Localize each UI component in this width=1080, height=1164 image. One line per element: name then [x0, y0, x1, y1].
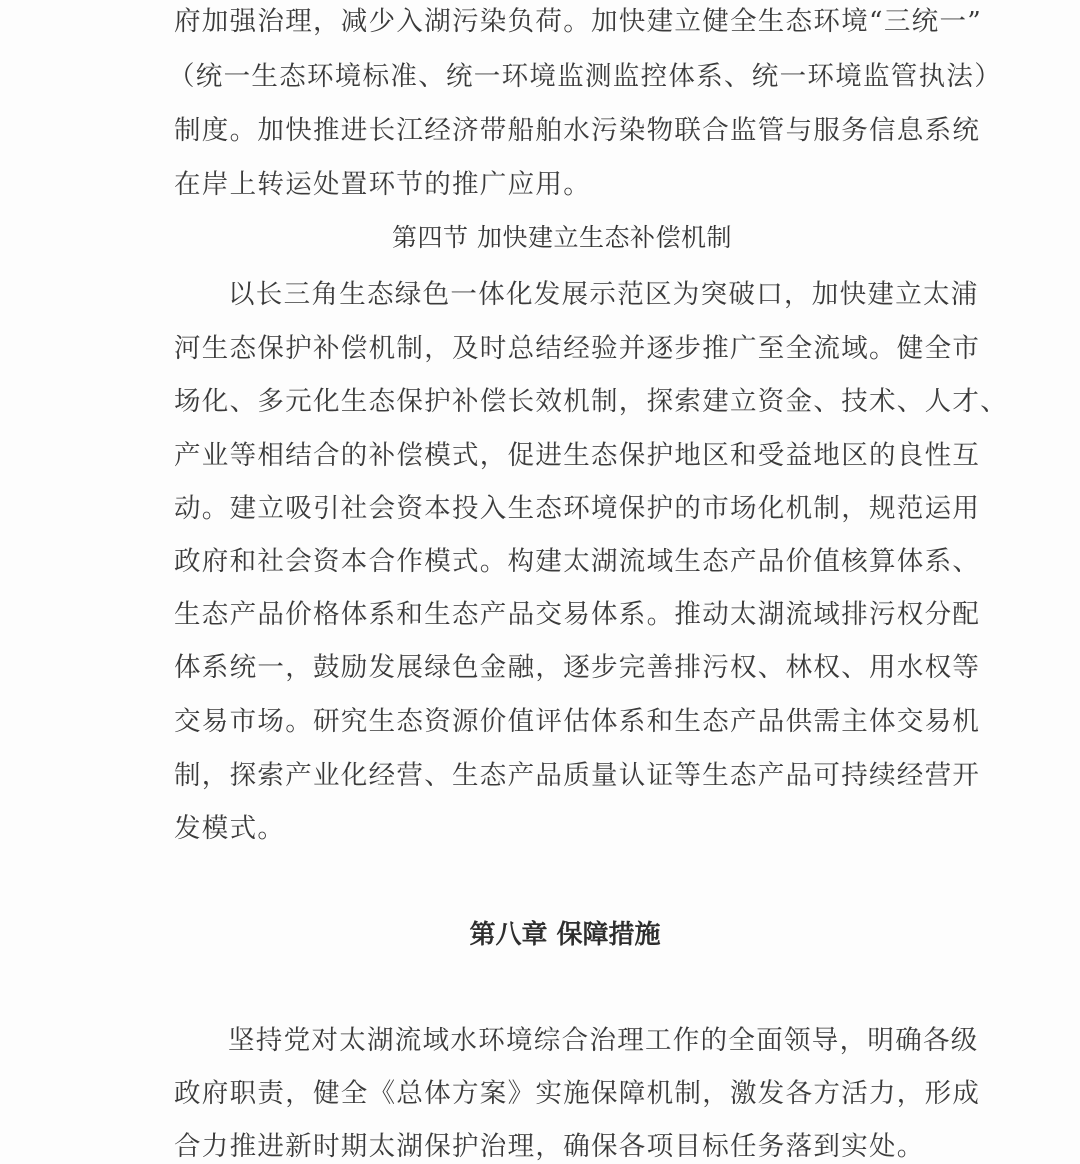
paragraph-line: 坚持党对太湖流域水环境综合治理工作的全面领导，明确各级 — [228, 1025, 954, 1057]
paragraph-line: （统一生态环境标准、统一环境监测监控体系、统一环境监管执法） — [168, 61, 960, 93]
paragraph-line: 制，探索产业化经营、生态产品质量认证等生态产品可持续经营开 — [174, 760, 954, 792]
paragraph-line: 交易市场。研究生态资源价值评估体系和生态产品供需主体交易机 — [174, 706, 954, 738]
paragraph-line: 政府职责，健全《总体方案》实施保障机制，激发各方活力，形成 — [174, 1078, 954, 1110]
paragraph-line: 政府和社会资本合作模式。构建太湖流域生态产品价值核算体系、 — [174, 546, 954, 578]
section-title: 第四节 加快建立生态补偿机制 — [22, 222, 1080, 254]
paragraph-line: 体系统一，鼓励发展绿色金融，逐步完善排污权、林权、用水权等 — [174, 652, 954, 684]
paragraph-line: 制度。加快推进长江经济带船舶水污染物联合监管与服务信息系统 — [174, 115, 954, 147]
paragraph-line: 在岸上转运处置环节的推广应用。 — [174, 169, 954, 201]
paragraph-line: 以长三角生态绿色一体化发展示范区为突破口，加快建立太浦 — [228, 279, 954, 311]
paragraph-line: 动。建立吸引社会资本投入生态环境保护的市场化机制，规范运用 — [174, 493, 954, 525]
paragraph-line: 河生态保护补偿机制，及时总结经验并逐步推广至全流域。健全市 — [174, 333, 954, 365]
document-page: 府加强治理，减少入湖污染负荷。加快建立健全生态环境“三统一” （统一生态环境标准… — [0, 0, 1080, 1164]
chapter-title: 第八章 保障措施 — [0, 919, 1080, 951]
paragraph-line: 产业等相结合的补偿模式，促进生态保护地区和受益地区的良性互 — [174, 440, 954, 472]
paragraph-line: 府加强治理，减少入湖污染负荷。加快建立健全生态环境“三统一” — [174, 6, 954, 38]
paragraph-line: 合力推进新时期太湖保护治理，确保各项目标任务落到实处。 — [174, 1131, 954, 1163]
paragraph-line: 生态产品价格体系和生态产品交易体系。推动太湖流域排污权分配 — [174, 599, 954, 631]
paragraph-line: 发模式。 — [174, 813, 954, 845]
paragraph-line: 场化、多元化生态保护补偿长效机制，探索建立资金、技术、人才、 — [174, 386, 954, 418]
